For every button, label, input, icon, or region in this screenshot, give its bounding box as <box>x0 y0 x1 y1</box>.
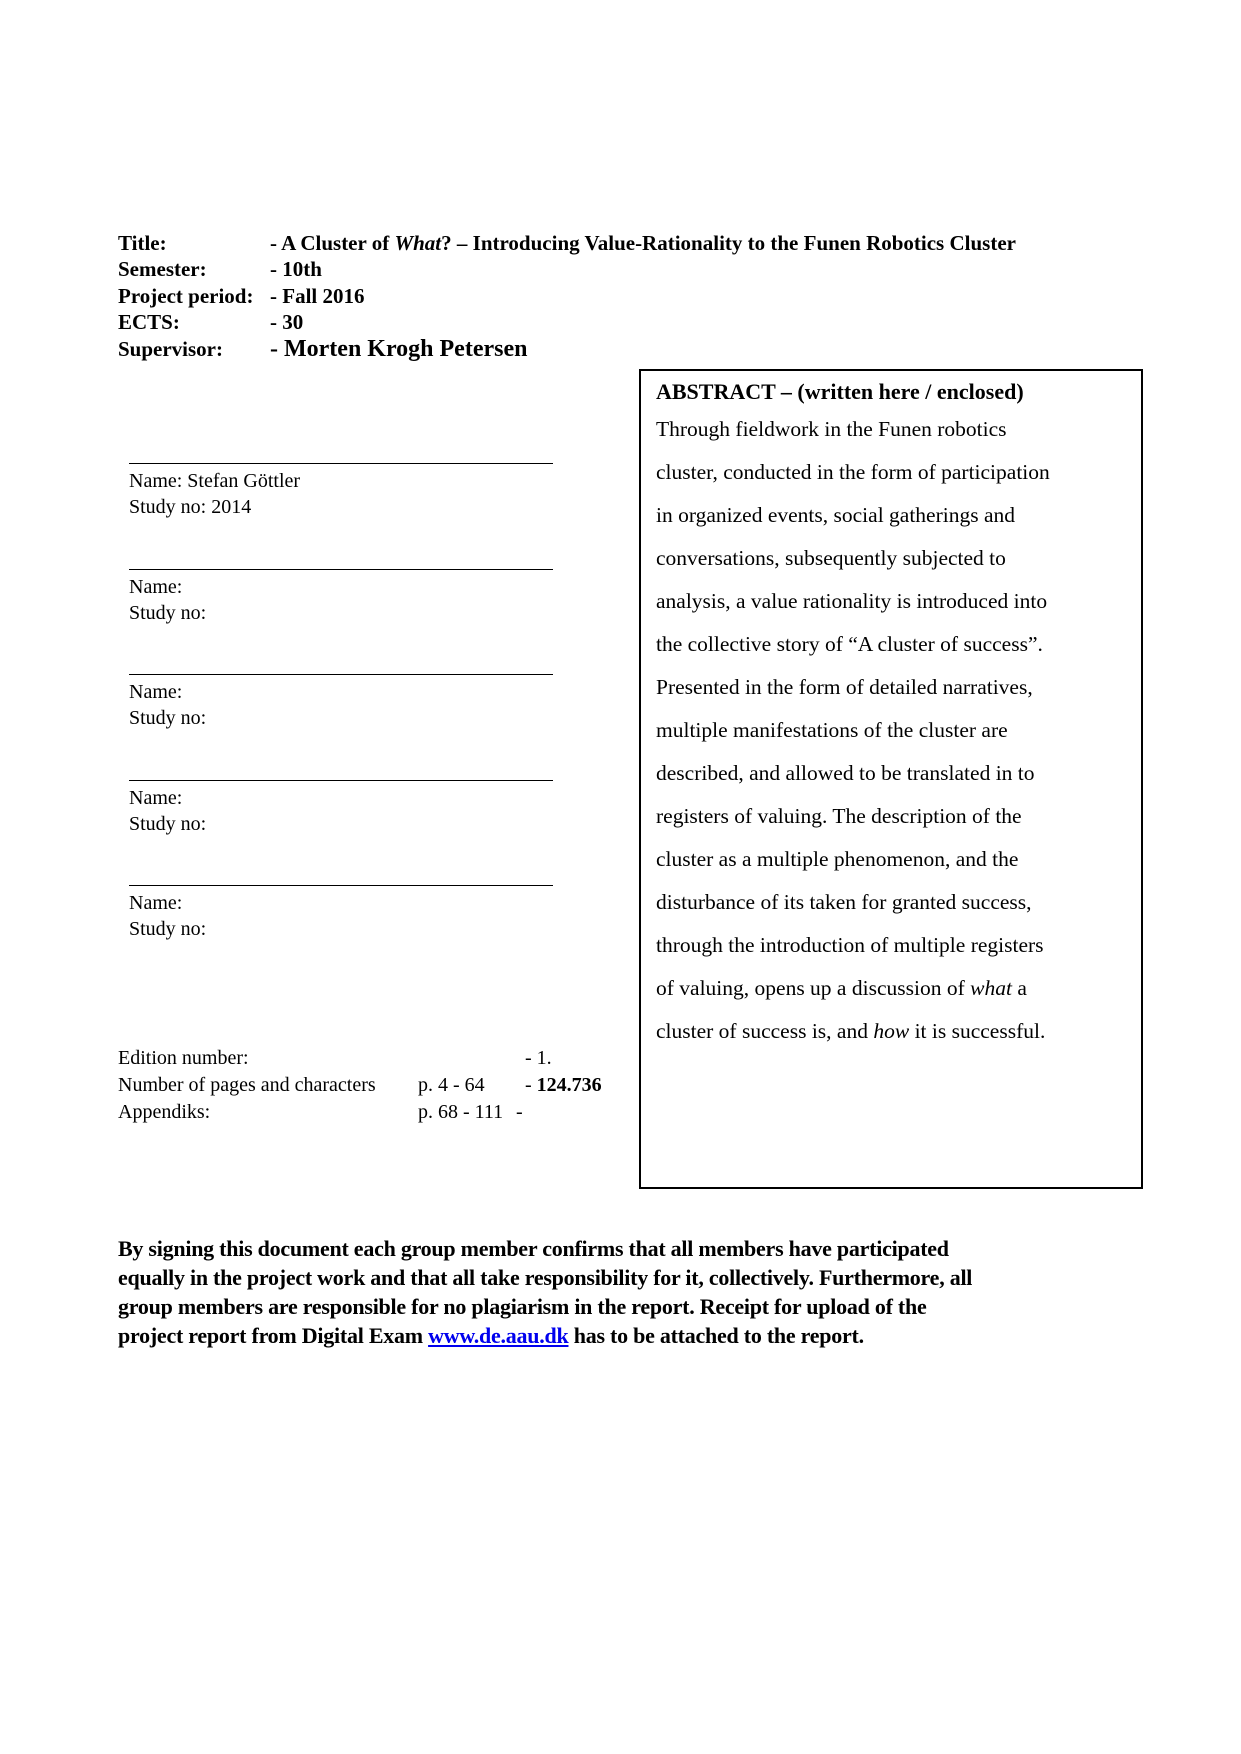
abstract-text-segment: a <box>1012 976 1027 1000</box>
title-suffix: ? – Introducing Value-Rationality to the… <box>441 231 1016 255</box>
meta-project-period: Project period:- Fall 2016 <box>118 283 365 309</box>
abstract-heading: ABSTRACT – (written here / enclosed) <box>656 379 1024 405</box>
signature-study-no: Study no: <box>129 916 554 942</box>
abstract-text-segment: cluster of success is, and <box>656 1019 873 1043</box>
characters-value: - 124.736 <box>525 1072 602 1099</box>
abstract-line: cluster of success is, and how it is suc… <box>656 1010 1050 1053</box>
characters-count: 124.736 <box>537 1074 602 1096</box>
appendix-value: - <box>516 1099 523 1126</box>
signature-block: Name: Study no: <box>129 780 554 837</box>
signature-name: Name: <box>129 890 554 916</box>
signature-block: Name: Study no: <box>129 885 554 942</box>
meta-supervisor: Supervisor:- Morten Krogh Petersen <box>118 336 527 362</box>
meta-value: - Morten Krogh Petersen <box>270 336 527 362</box>
meta-ects: ECTS:- 30 <box>118 309 303 335</box>
meta-value: - A Cluster of What? – Introducing Value… <box>270 231 1016 255</box>
signature-line[interactable] <box>129 569 553 570</box>
abstract-line: Through fieldwork in the Funen robotics <box>656 408 1050 451</box>
statement-text: project report from Digital Exam <box>118 1323 428 1348</box>
signature-line[interactable] <box>129 674 553 675</box>
abstract-box: ABSTRACT – (written here / enclosed) Thr… <box>639 369 1143 1189</box>
signature-block: Name: Study no: <box>129 569 554 626</box>
abstract-line: described, and allowed to be translated … <box>656 752 1050 795</box>
signature-study-no: Study no: <box>129 811 554 837</box>
abstract-text-segment: it is successful. <box>909 1019 1045 1043</box>
signature-study-no: Study no: <box>129 705 554 731</box>
abstract-line: analysis, a value rationality is introdu… <box>656 580 1050 623</box>
abstract-line: Presented in the form of detailed narrat… <box>656 666 1050 709</box>
abstract-line: multiple manifestations of the cluster a… <box>656 709 1050 752</box>
statement-line: By signing this document each group memb… <box>118 1234 1148 1263</box>
abstract-line: cluster as a multiple phenomenon, and th… <box>656 838 1050 881</box>
signature-line[interactable] <box>129 885 553 886</box>
abstract-line: in organized events, social gatherings a… <box>656 494 1050 537</box>
abstract-line: disturbance of its taken for granted suc… <box>656 881 1050 924</box>
abstract-emphasis: what <box>970 976 1012 1000</box>
abstract-emphasis: how <box>873 1019 909 1043</box>
statement-line: equally in the project work and that all… <box>118 1263 1148 1292</box>
abstract-line: cluster, conducted in the form of partic… <box>656 451 1050 494</box>
signature-block: Name: Stefan Göttler Study no: 2014 <box>129 463 554 520</box>
signature-block: Name: Study no: <box>129 674 554 731</box>
meta-label: Semester: <box>118 256 270 282</box>
appendix-range: p. 68 - 111 <box>418 1099 503 1126</box>
abstract-line: of valuing, opens up a discussion of wha… <box>656 967 1050 1010</box>
meta-value: - 30 <box>270 310 303 334</box>
abstract-text: Through fieldwork in the Funen roboticsc… <box>656 408 1050 1053</box>
characters-prefix: - <box>525 1074 537 1096</box>
abstract-line: conversations, subsequently subjected to <box>656 537 1050 580</box>
meta-label: Supervisor: <box>118 336 270 362</box>
signing-statement: By signing this document each group memb… <box>118 1234 1148 1350</box>
abstract-text-segment: of valuing, opens up a discussion of <box>656 976 970 1000</box>
meta-label: ECTS: <box>118 309 270 335</box>
pages-label: Number of pages and characters <box>118 1072 376 1099</box>
statement-line: project report from Digital Exam www.de.… <box>118 1321 1148 1350</box>
edition-label: Edition number: <box>118 1045 249 1072</box>
signature-name: Name: <box>129 679 554 705</box>
signature-line[interactable] <box>129 463 553 464</box>
digital-exam-link[interactable]: www.de.aau.dk <box>428 1323 568 1348</box>
statement-line: group members are responsible for no pla… <box>118 1292 1148 1321</box>
statement-text: has to be attached to the report. <box>568 1323 863 1348</box>
signature-name: Name: Stefan Göttler <box>129 468 554 494</box>
abstract-line: through the introduction of multiple reg… <box>656 924 1050 967</box>
meta-value: - Fall 2016 <box>270 284 365 308</box>
signature-study-no: Study no: <box>129 600 554 626</box>
signature-line[interactable] <box>129 780 553 781</box>
meta-title: Title:- A Cluster of What? – Introducing… <box>118 230 1016 256</box>
signature-study-no: Study no: 2014 <box>129 494 554 520</box>
edition-value: - 1. <box>525 1045 552 1072</box>
abstract-line: the collective story of “A cluster of su… <box>656 623 1050 666</box>
meta-label: Project period: <box>118 283 270 309</box>
appendix-label: Appendiks: <box>118 1099 210 1126</box>
meta-label: Title: <box>118 230 270 256</box>
title-emphasis: What <box>394 231 441 255</box>
pages-range: p. 4 - 64 <box>418 1072 485 1099</box>
signature-name: Name: <box>129 785 554 811</box>
meta-value: - 10th <box>270 257 322 281</box>
meta-semester: Semester:- 10th <box>118 256 322 282</box>
title-prefix: - A Cluster of <box>270 231 394 255</box>
signature-name: Name: <box>129 574 554 600</box>
abstract-line: registers of valuing. The description of… <box>656 795 1050 838</box>
